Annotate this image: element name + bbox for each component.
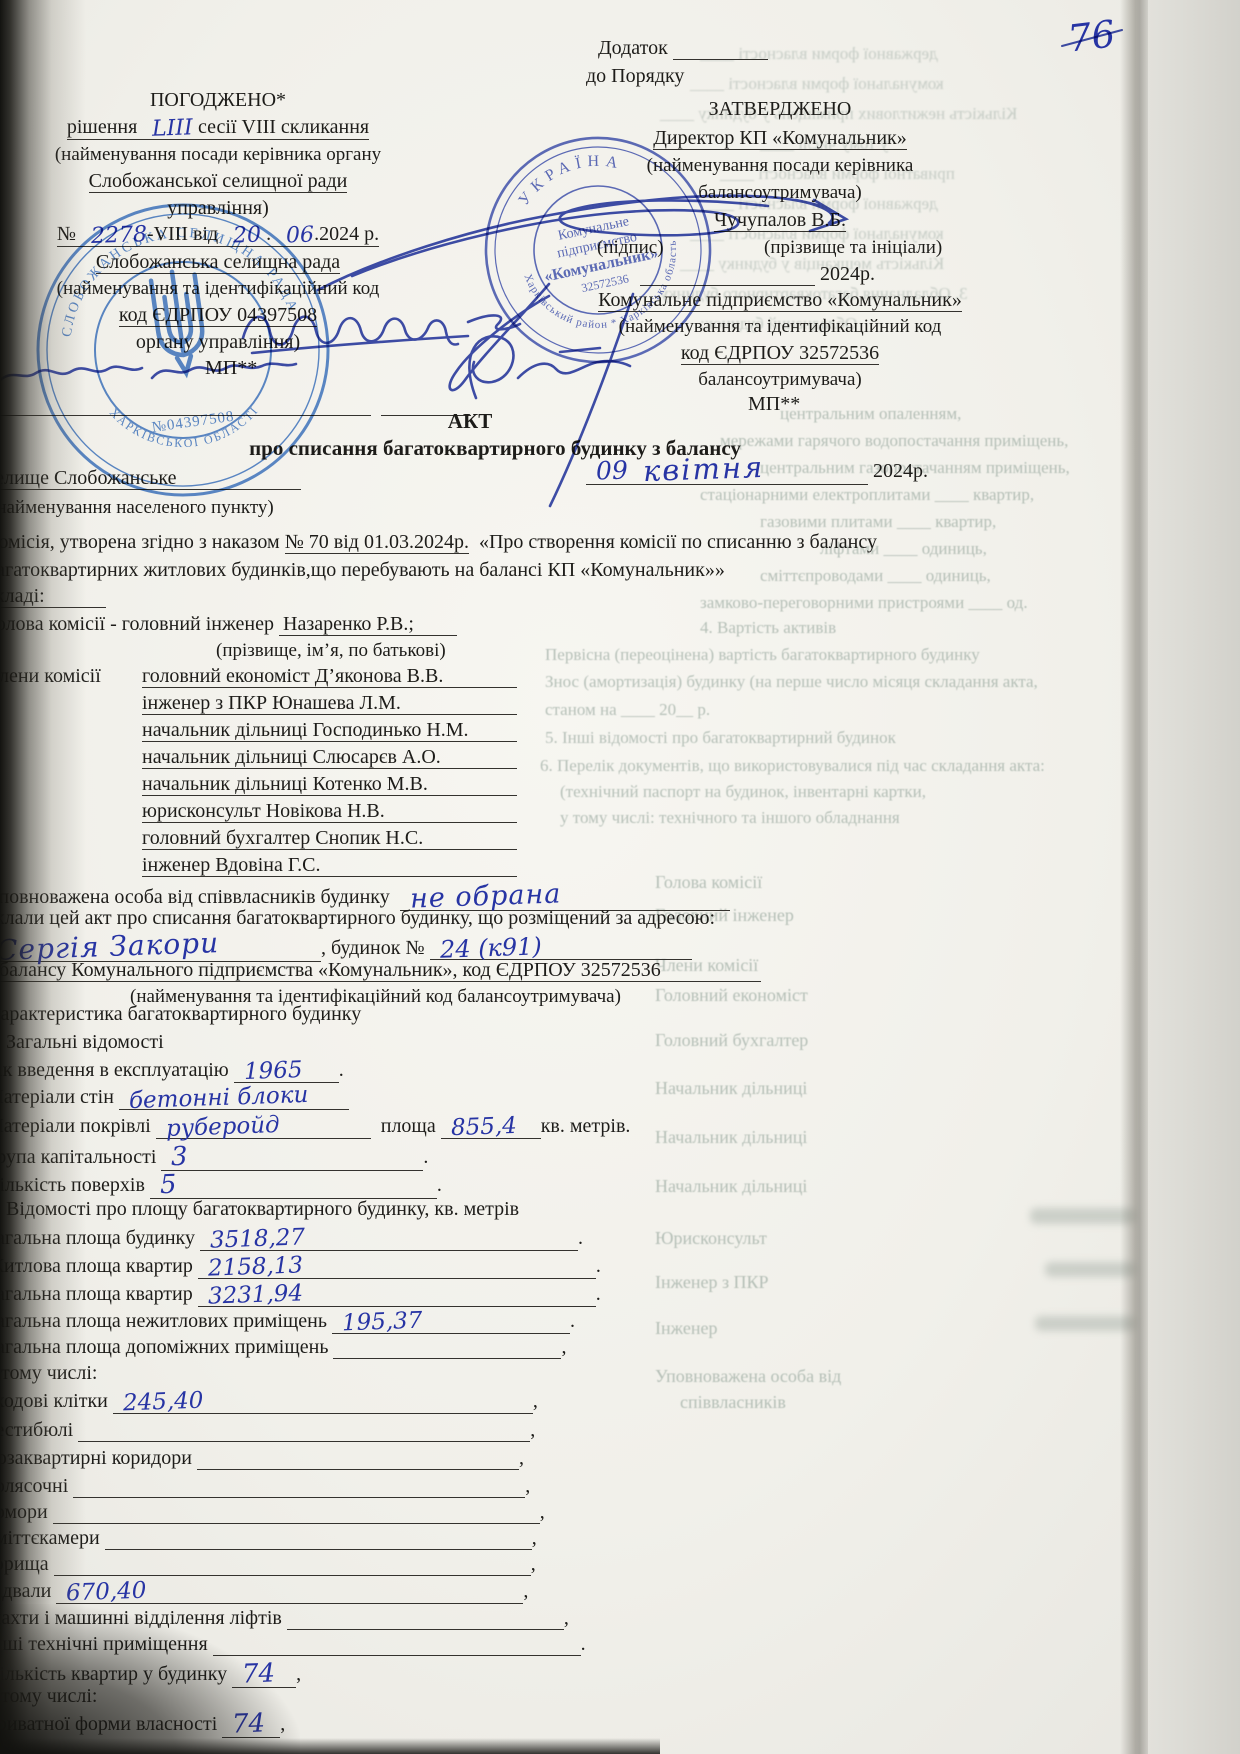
form-suffix: , [533,1390,538,1412]
ghost-text: Начальник дільниці [655,1078,807,1100]
ghost-text: стаціонарними електроплитами ____ кварти… [700,485,1034,505]
handwritten-value: бетонні блоки [129,1083,309,1115]
form-suffix: . [339,1059,344,1081]
act-day-handwritten: 09 [596,456,629,485]
approved-title: ЗАТВЕРДЖЕНО [590,97,970,122]
decision-prefix: рішення [67,116,137,138]
ghost-text: Головний економіст [655,985,808,1007]
handwritten-value: 1965 [243,1058,302,1085]
form-line: горища , [0,1552,536,1577]
form-line: Матеріали покрівлі руберойд площа 855,4к… [0,1113,630,1139]
order-ref-label: до Порядку [586,65,684,87]
intro1-text: Комісія, утворена згідно з наказом [0,531,280,553]
commission-member-text: головний економіст Д’яконова В.В. [142,665,517,688]
form-suffix: кв. метрів. [541,1115,631,1137]
form-label: Матеріали покрівлі [0,1115,151,1137]
form-blank [73,1475,525,1498]
form-blank: 74 [222,1708,280,1738]
appendix-blank [673,37,768,60]
form-blank [213,1633,581,1656]
svg-text:Харківський район * Харківська: Харківський район * Харківська область [520,238,694,346]
ghost-text: Начальник дільниці [655,1127,807,1149]
form-blank [197,1447,519,1470]
session-number-handwritten: LIII [152,116,194,142]
commission-intro-2: багатоквартирних житлових будинків,що пе… [0,558,725,583]
authorized-label-text: Уповноважена особа від співвласників буд… [0,886,390,908]
form-label: шахти і машинні відділення ліфтів [0,1607,282,1629]
handwritten-value: 855,4 [450,1114,517,1142]
commission-member: головний економіст Д’яконова В.В. [142,664,517,689]
balance-line: з балансу Комунального підприємства «Ком… [0,958,761,983]
commission-member: юрисконсульт Новікова Н.В. [142,799,517,824]
form-label: Матеріали стін [0,1086,114,1108]
form-blank [54,1553,531,1576]
form-line: Група капітальності 3. [0,1141,428,1171]
form-blank [53,1501,540,1524]
commission-member: інженер Вдовіна Г.С. [142,853,517,878]
council-seal-stamp: СЛОБОЖАНСЬКА СЕЛИЩНА РАДА ХАРКІВСЬКОЇ ОБ… [28,195,338,505]
ghost-text: (технічний паспорт на будинок, інвентарн… [560,782,926,802]
form-suffix: , [525,1475,530,1497]
company-seal-stamp: УКРАЇНА Харківський район * Харківська о… [478,130,718,370]
form-suffix: . [578,1227,583,1249]
ink-smudge [1035,1316,1135,1331]
form-blank: 1965 [234,1057,339,1083]
ghost-text: Юрисконсульт [655,1228,767,1250]
handwritten-value: 3231,94 [207,1281,303,1310]
form-blank: 74 [232,1658,296,1688]
form-label: Кількість поверхів [0,1174,145,1196]
form-blank: 3231,94 [198,1281,596,1307]
ghost-text: Знос (амортизація) будинку (на перше чис… [545,672,1038,692]
form-blank: 670,40 [56,1578,523,1604]
handwritten-value: 74 [232,1709,266,1739]
form-suffix: . [570,1310,575,1332]
agreed-org-name: Слобожанської селищної ради [18,169,418,194]
form-line: Загальна площа будинку 3518,27. [0,1225,583,1251]
next-page-edge [1148,0,1240,1754]
form-blank [287,1607,564,1630]
ghost-text: станом на ____ 20__ р. [545,700,710,720]
handwritten-value: руберойд [165,1113,280,1142]
form-suffix: , [519,1447,524,1469]
form-blank: бетонні блоки [119,1084,349,1110]
form-suffix: . [437,1174,442,1196]
ghost-text: Уповноважена особа від [655,1366,841,1388]
ghost-text: сміттєпроводами ____ одиниць, [760,566,991,586]
agreed-sub1: (найменування посади керівника органу [18,143,418,167]
head-line-text: Голова комісії - головний інженер [0,613,274,635]
agreed-title-text: ПОГОДЖЕНО* [150,89,286,111]
intro4-text: складі: [0,585,45,607]
form-line: сходові клітки 245,40, [0,1388,538,1414]
form-label: Загальна площа нежитлових приміщень [0,1310,327,1332]
form-label: позаквартирні коридори [0,1447,192,1469]
form-line: Кількість поверхів 5. [0,1169,442,1199]
balance-line-text: з балансу Комунального підприємства «Ком… [0,959,661,981]
approved-sub4: балансоутримувача) [590,368,970,392]
commission-member-text: начальник дільниці Господинько Н.М. [142,719,517,742]
form-suffix: . [581,1633,586,1655]
form-line: комори , [0,1500,545,1525]
ink-smudge [1045,1262,1135,1277]
form-line: Загальна площа квартир 3231,94. [0,1281,601,1307]
form-blank: 3 [161,1141,423,1171]
form-label: приватної форми власності [0,1713,217,1735]
form-blank [78,1419,530,1442]
commission-member-text: інженер з ПКР Юнашева Л.М. [142,692,517,715]
commission-member: начальник дільниці Господинько Н.М. [142,718,517,743]
form-line: Рік введення в експлуатацію 1965. [0,1057,344,1083]
form-blank: 855,4 [441,1113,541,1139]
form-label: Загальна площа квартир [0,1283,193,1305]
commission-member: інженер з ПКР Юнашева Л.М. [142,691,517,716]
ghost-text: Первісна (переоцінена) вартість багатокв… [545,645,980,665]
handwritten-value: 245,40 [122,1389,203,1417]
form-label: горища [0,1553,49,1575]
act-month-handwritten: квітня [642,452,764,488]
ghost-text: співвласників [680,1392,786,1414]
handwritten-value: 5 [159,1171,177,1200]
form-suffix: , [296,1663,301,1685]
form-blank: 5 [150,1169,437,1199]
order-ref-line: до Порядку [586,64,684,89]
appendix-label: Додаток [598,37,668,59]
decision-suffix: сесії VIII скликання [198,116,369,138]
form-line: Матеріали стін бетонні блоки [0,1084,349,1110]
scanned-document-page: державної форми власності ____комунально… [0,0,1240,1754]
intro2-text: «Про створення комісії по списанню з бал… [479,531,877,553]
form-suffix: , [532,1527,537,1549]
form-label: комори [0,1501,48,1523]
ghost-text: Інженер з ПКР [655,1272,769,1294]
commission-member-text: начальник дільниці Котенко М.В. [142,773,517,796]
form-label: інші технічні приміщення [0,1633,208,1655]
ghost-text: 5. Інші відомості про багатоквартирний б… [545,728,896,748]
commission-member: головний бухгалтер Снопик Н.С. [142,826,517,851]
commission-intro-3: складі: [0,584,106,609]
form-suffix: , [531,1553,536,1575]
form-label: Житлова площа квартир [0,1255,193,1277]
form-line: колясочні , [0,1474,530,1499]
handwritten-value: 3 [171,1143,189,1172]
scan-bottom-shadow [0,1738,660,1754]
form-line: Загальна площа допоміжних приміщень , [0,1335,566,1360]
commission-member-text: начальник дільниці Слюсарєв А.О. [142,746,517,769]
form-blank: 195,37 [332,1308,570,1334]
appendix-line: Додаток [598,36,768,61]
form-heading: у тому числі: [0,1361,97,1386]
ghost-text: замково-переговорними пристроями ____ од… [700,593,1028,613]
act-address-intro: склали цей акт про списання багатокварти… [0,906,715,931]
svg-text:УКРАЇНА: УКРАЇНА [509,145,631,211]
form-heading: Характеристика багатоквартирного будинку [0,1002,361,1027]
handwritten-value: 2158,13 [207,1253,303,1282]
form-line: Загальна площа нежитлових приміщень 195,… [0,1308,575,1334]
order-number-text: № 70 від 01.03.2024р. [285,531,469,554]
form-suffix: , [561,1336,566,1358]
form-line: сміттєкамери , [0,1526,537,1551]
form-blank: 3518,27 [200,1225,578,1251]
form-label: Кількість квартир у будинку [0,1663,227,1685]
agreed-title: ПОГОДЖЕНО* [18,88,418,113]
form-blank [105,1527,532,1550]
act-year-text: 2024р. [873,460,928,482]
director-name-text: Чучупалов В.Б. [714,209,846,232]
form-label: Група капітальності [0,1146,156,1168]
name-label: (прізвище та ініціали) [764,236,942,260]
handwritten-value: 3518,27 [210,1225,306,1254]
form-line: приватної форми власності 74, [0,1708,285,1738]
commission-intro-1: Комісія, утворена згідно з наказом № 70 … [0,530,877,555]
page-fold [1120,0,1154,1754]
commission-member-text: головний бухгалтер Снопик Н.С. [142,827,517,850]
form-label: сходові клітки [0,1390,108,1412]
form-line: підвали 670,40, [0,1578,528,1604]
form-label: вестибюлі [0,1419,73,1441]
form-suffix: . [596,1283,601,1305]
commission-head-line: Голова комісії - головний інженер Назаре… [0,612,457,637]
form-label: підвали [0,1580,51,1602]
ghost-text: 4. Вартість активів [700,618,836,638]
ghost-text: у тому числі: технічного та іншого облад… [560,808,900,828]
commission-member-text: інженер Вдовіна Г.С. [142,854,517,877]
year-text: 2024р. [820,263,875,285]
form-heading: у тому числі: [0,1684,97,1709]
ghost-text: 6. Перелік документів, що використовувал… [540,756,1045,776]
handwritten-value: 670,40 [66,1579,147,1607]
form-line: інші технічні приміщення . [0,1632,586,1657]
form-line: вестибюлі , [0,1418,535,1443]
form-line: Житлова площа квартир 2158,13. [0,1253,601,1279]
form-label: Загальна площа допоміжних приміщень [0,1336,328,1358]
commission-member-text: юрисконсульт Новікова Н.В. [142,800,517,823]
form-blank: руберойд [156,1113,371,1139]
commission-member: начальник дільниці Слюсарєв А.О. [142,745,517,770]
form-suffix: , [523,1580,528,1602]
head-name-text: Назаренко Р.В.; [283,613,414,635]
ghost-text: Начальник дільниці [655,1176,807,1198]
form-blank: 245,40 [113,1388,533,1414]
form-suffix: . [596,1255,601,1277]
act-date-line: 09 квітня 2024р. [586,452,928,485]
page-number-handwritten: 76 [1065,11,1117,63]
form-label: Рік введення в експлуатацію [0,1059,229,1081]
form-label: сміттєкамери [0,1527,100,1549]
form-suffix: , [564,1607,569,1629]
form-heading: 2. Відомості про площу багатоквартирного… [0,1197,519,1222]
form-line: шахти і машинні відділення ліфтів , [0,1606,569,1631]
form-blank: 2158,13 [198,1253,596,1279]
ghost-text: Інженер [655,1318,717,1340]
org-name-text: Слобожанської селищної ради [89,170,348,193]
form-suffix: , [530,1419,535,1441]
address-mid-text: , будинок № [321,937,425,959]
form-suffix: , [280,1713,285,1735]
form-label: Загальна площа будинку [0,1227,195,1249]
agreed-decision-line: рішення LIII сесії VIII скликання [18,115,418,140]
form-blank [333,1336,561,1359]
ink-smudge [1030,1208,1135,1224]
ghost-text: Головний бухгалтер [655,1030,808,1052]
ghost-text: комунальної форми власності ____ [690,74,944,94]
form-label: колясочні [0,1475,68,1497]
form-label: площа [381,1115,436,1137]
form-line: позаквартирні коридори , [0,1446,524,1471]
commission-member: начальник дільниці Котенко М.В. [142,772,517,797]
commission-head-sub: (прізвище, ім’я, по батькові) [216,639,446,663]
form-suffix: , [540,1501,545,1523]
handwritten-value: 74 [242,1659,276,1689]
form-heading: 1. Загальні відомості [0,1030,164,1055]
form-suffix: . [423,1146,428,1168]
members-label: Члени комісії [0,664,101,689]
handwritten-value: 195,37 [342,1309,423,1337]
